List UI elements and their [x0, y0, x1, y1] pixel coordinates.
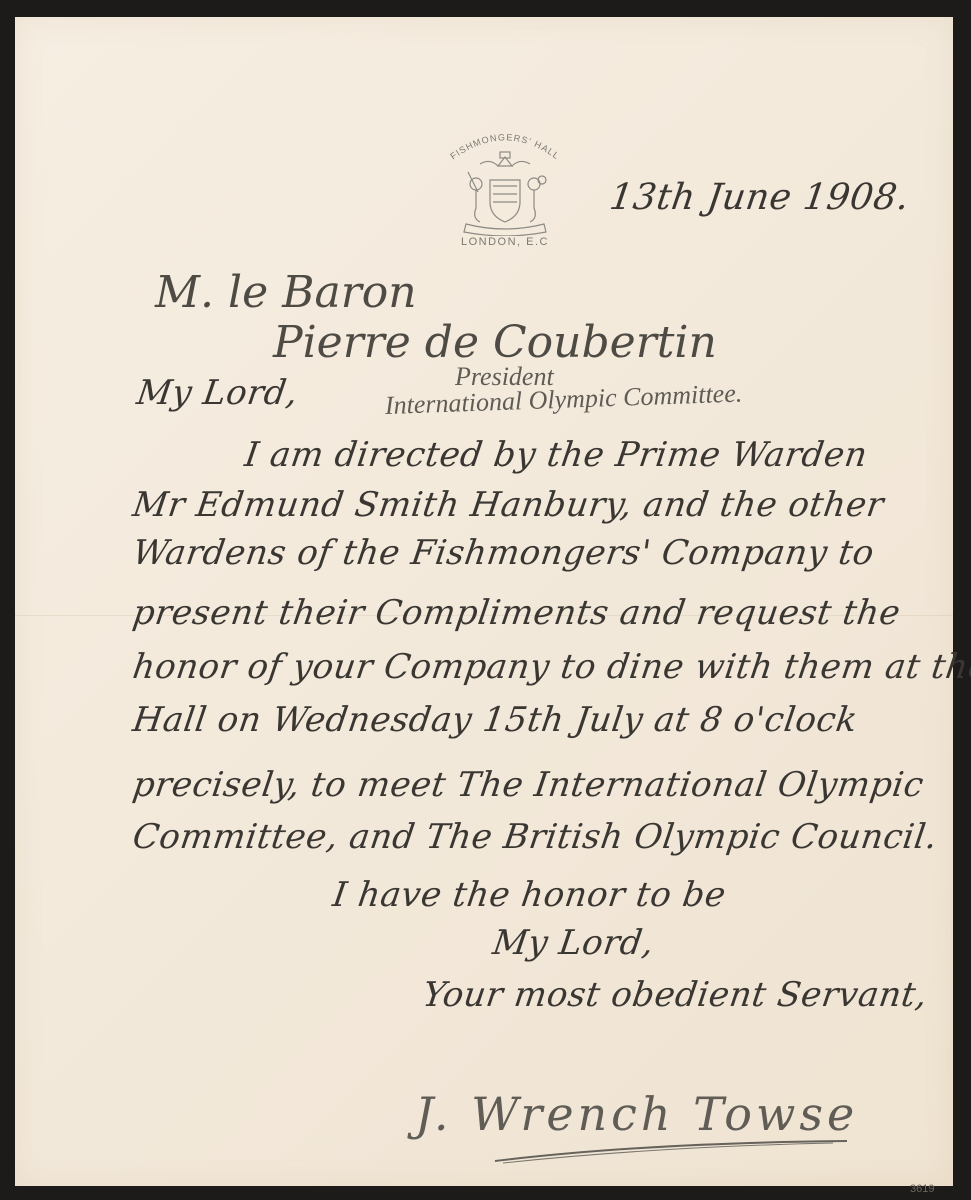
- closing-line-3: Your most obedient Servant,: [420, 975, 930, 1015]
- salutation: My Lord,: [134, 373, 300, 413]
- body-line: I am directed by the Prime Warden: [242, 435, 870, 475]
- letterhead-crest: FISHMONGERS' HALL LONDON, E.C: [435, 124, 575, 254]
- letter-date: 13th June 1908.: [607, 177, 912, 218]
- body-line: precisely, to meet The International Oly…: [130, 765, 926, 805]
- body-line: Hall on Wednesday 15th July at 8 o'clock: [130, 700, 860, 740]
- recipient-line-1: M. le Baron: [155, 267, 417, 318]
- body-line: present their Compliments and request th…: [130, 593, 903, 633]
- closing-line-2: My Lord,: [490, 923, 656, 963]
- coat-of-arms-icon: [460, 144, 550, 236]
- letterhead-city: LONDON, E.C: [435, 236, 575, 248]
- body-line: honor of your Company to dine with them …: [130, 647, 971, 687]
- body-line: Committee, and The British Olympic Counc…: [130, 817, 940, 857]
- catalog-number: 3619: [910, 1183, 934, 1195]
- signature-underline: [493, 1135, 849, 1165]
- letter-paper: FISHMONGERS' HALL LONDON, E.C 13th June …: [15, 17, 953, 1186]
- recipient-line-2: Pierre de Coubertin: [273, 317, 717, 368]
- body-line: Mr Edmund Smith Hanbury, and the other: [130, 485, 886, 525]
- signature: J. Wrench Towse: [415, 1087, 858, 1141]
- recipient-title-line-2: International Olympic Committee.: [384, 379, 742, 421]
- body-line: Wardens of the Fishmongers' Company to: [130, 533, 876, 573]
- closing-line-1: I have the honor to be: [330, 875, 728, 915]
